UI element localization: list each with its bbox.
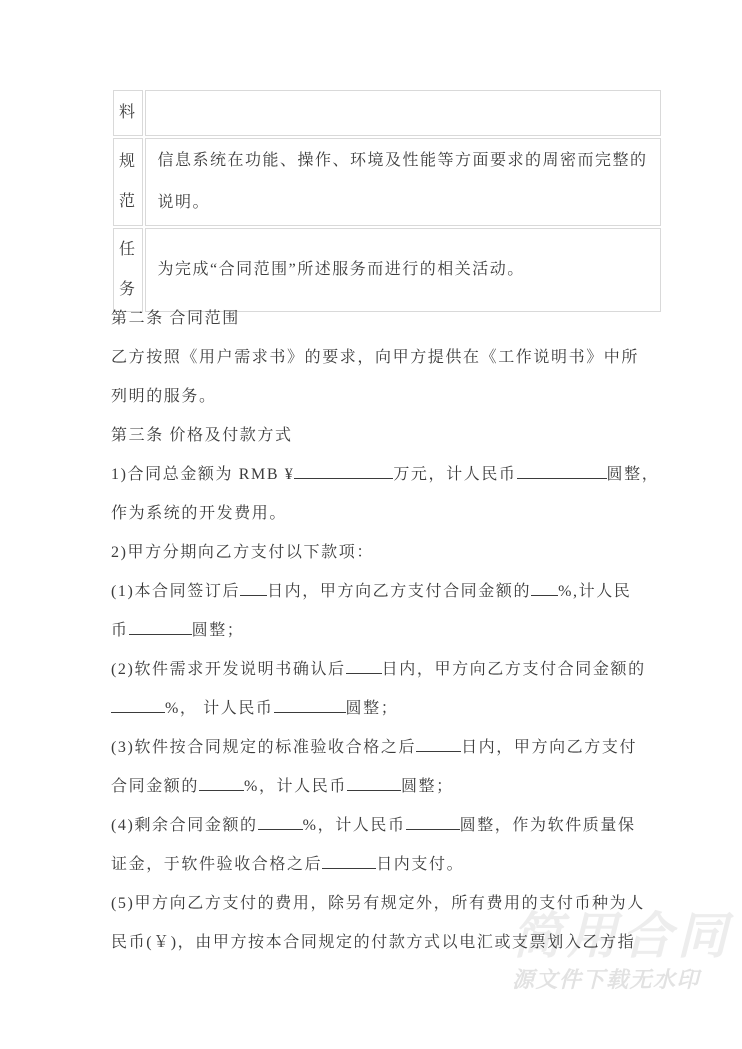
row-label-cell: 料	[113, 90, 143, 136]
text-segment: 证金，于软件验收合格之后	[111, 856, 322, 873]
text-line: (2)软件需求开发说明书确认后日内，甲方向乙方支付合同金额的	[111, 650, 651, 689]
text-segment: 日内，甲方向乙方支付合同金额的	[267, 583, 531, 600]
text-line: 第二条 合同范围	[111, 299, 651, 338]
blank-underline	[406, 814, 460, 830]
text-segment: %，计人民币	[244, 778, 347, 795]
blank-underline	[111, 697, 165, 713]
blank-underline	[199, 775, 244, 791]
row-content-line: 为完成“合同范围”所述服务而进行的相关活动。	[158, 249, 648, 291]
blank-underline	[531, 580, 558, 596]
row-content-line: 说明。	[158, 182, 648, 224]
text-segment: 1)合同总金额为 RMB ¥	[111, 466, 294, 483]
text-segment: 列明的服务。	[111, 388, 217, 405]
text-line: 2)甲方分期向乙方支付以下款项：	[111, 533, 651, 572]
row-label-char: 任	[119, 230, 137, 270]
blank-underline	[129, 619, 192, 635]
text-line: (4)剩余合同金额的%，计人民币圆整，作为软件质量保	[111, 806, 651, 845]
text-segment: 圆整；	[346, 700, 399, 717]
text-line: 第三条 价格及付款方式	[111, 416, 651, 455]
text-line: (5)甲方向乙方支付的费用，除另有规定外，所有费用的支付币种为人	[111, 884, 651, 923]
row-content-cell	[145, 90, 661, 136]
row-label-char: 规	[119, 142, 137, 182]
text-segment: (2)软件需求开发说明书确认后	[111, 661, 346, 678]
blank-underline	[347, 775, 401, 791]
contract-page: 料规范信息系统在功能、操作、环境及性能等方面要求的周密而完整的说明。任务为完成“…	[0, 0, 742, 1049]
text-segment: 圆整，	[607, 466, 660, 483]
text-segment: %， 计人民币	[165, 700, 274, 717]
text-segment: 圆整，作为软件质量保	[460, 817, 636, 834]
row-label-char: 料	[119, 93, 137, 133]
row-content-line	[158, 92, 648, 134]
blank-underline	[274, 697, 346, 713]
text-segment: 圆整；	[401, 778, 454, 795]
text-line: (1)本合同签订后日内，甲方向乙方支付合同金额的%,计人民	[111, 572, 651, 611]
text-segment: 第二条 合同范围	[111, 310, 240, 327]
blank-underline	[517, 463, 607, 479]
row-label-cell: 规范	[113, 138, 143, 226]
text-line: 民币(￥)，由甲方按本合同规定的付款方式以电汇或支票划入乙方指	[111, 923, 651, 962]
table-row: 料	[113, 90, 661, 136]
text-segment: 日内，甲方向乙方支付	[461, 739, 637, 756]
text-segment: %,计人民	[558, 583, 631, 600]
text-segment: 乙方按照《用户需求书》的要求，向甲方提供在《工作说明书》中所	[111, 349, 639, 366]
blank-underline	[322, 853, 376, 869]
text-line: 合同金额的%，计人民币圆整；	[111, 767, 651, 806]
definitions-table-body: 料规范信息系统在功能、操作、环境及性能等方面要求的周密而完整的说明。任务为完成“…	[113, 90, 661, 312]
text-line: 列明的服务。	[111, 377, 651, 416]
text-line: 证金，于软件验收合格之后日内支付。	[111, 845, 651, 884]
row-content-line: 信息系统在功能、操作、环境及性能等方面要求的周密而完整的	[158, 140, 648, 182]
text-segment: 作为系统的开发费用。	[111, 505, 287, 522]
text-segment: 民币(￥)，由甲方按本合同规定的付款方式以电汇或支票划入乙方指	[111, 934, 635, 951]
blank-underline	[416, 736, 461, 752]
text-line: 币圆整；	[111, 611, 651, 650]
table-row: 规范信息系统在功能、操作、环境及性能等方面要求的周密而完整的说明。	[113, 138, 661, 226]
text-segment: 合同金额的	[111, 778, 199, 795]
text-segment: 万元，计人民币	[393, 466, 516, 483]
text-segment: 2)甲方分期向乙方支付以下款项：	[111, 544, 374, 561]
text-line: 1)合同总金额为 RMB ¥万元，计人民币圆整，	[111, 455, 651, 494]
text-segment: %，计人民币	[303, 817, 406, 834]
contract-body: 第二条 合同范围乙方按照《用户需求书》的要求，向甲方提供在《工作说明书》中所列明…	[111, 299, 651, 962]
text-segment: (5)甲方向乙方支付的费用，除另有规定外，所有费用的支付币种为人	[111, 895, 645, 912]
watermark-note-text: 源文件下载无水印	[512, 963, 700, 994]
text-line: 作为系统的开发费用。	[111, 494, 651, 533]
text-segment: 第三条 价格及付款方式	[111, 427, 293, 444]
text-segment: (1)本合同签订后	[111, 583, 240, 600]
blank-underline	[258, 814, 303, 830]
text-segment: 日内支付。	[376, 856, 464, 873]
text-line: 乙方按照《用户需求书》的要求，向甲方提供在《工作说明书》中所	[111, 338, 651, 377]
text-line: (3)软件按合同规定的标准验收合格之后日内，甲方向乙方支付	[111, 728, 651, 767]
row-label-char: 范	[119, 182, 137, 222]
blank-underline	[294, 463, 393, 479]
text-segment: 日内，甲方向乙方支付合同金额的	[382, 661, 646, 678]
text-segment: (3)软件按合同规定的标准验收合格之后	[111, 739, 416, 756]
text-segment: 圆整；	[192, 622, 245, 639]
blank-underline	[346, 658, 382, 674]
text-line: %， 计人民币圆整；	[111, 689, 651, 728]
definitions-table: 料规范信息系统在功能、操作、环境及性能等方面要求的周密而完整的说明。任务为完成“…	[111, 88, 663, 314]
text-segment: (4)剩余合同金额的	[111, 817, 258, 834]
text-segment: 币	[111, 622, 129, 639]
row-content-cell: 信息系统在功能、操作、环境及性能等方面要求的周密而完整的说明。	[145, 138, 661, 226]
blank-underline	[240, 580, 267, 596]
